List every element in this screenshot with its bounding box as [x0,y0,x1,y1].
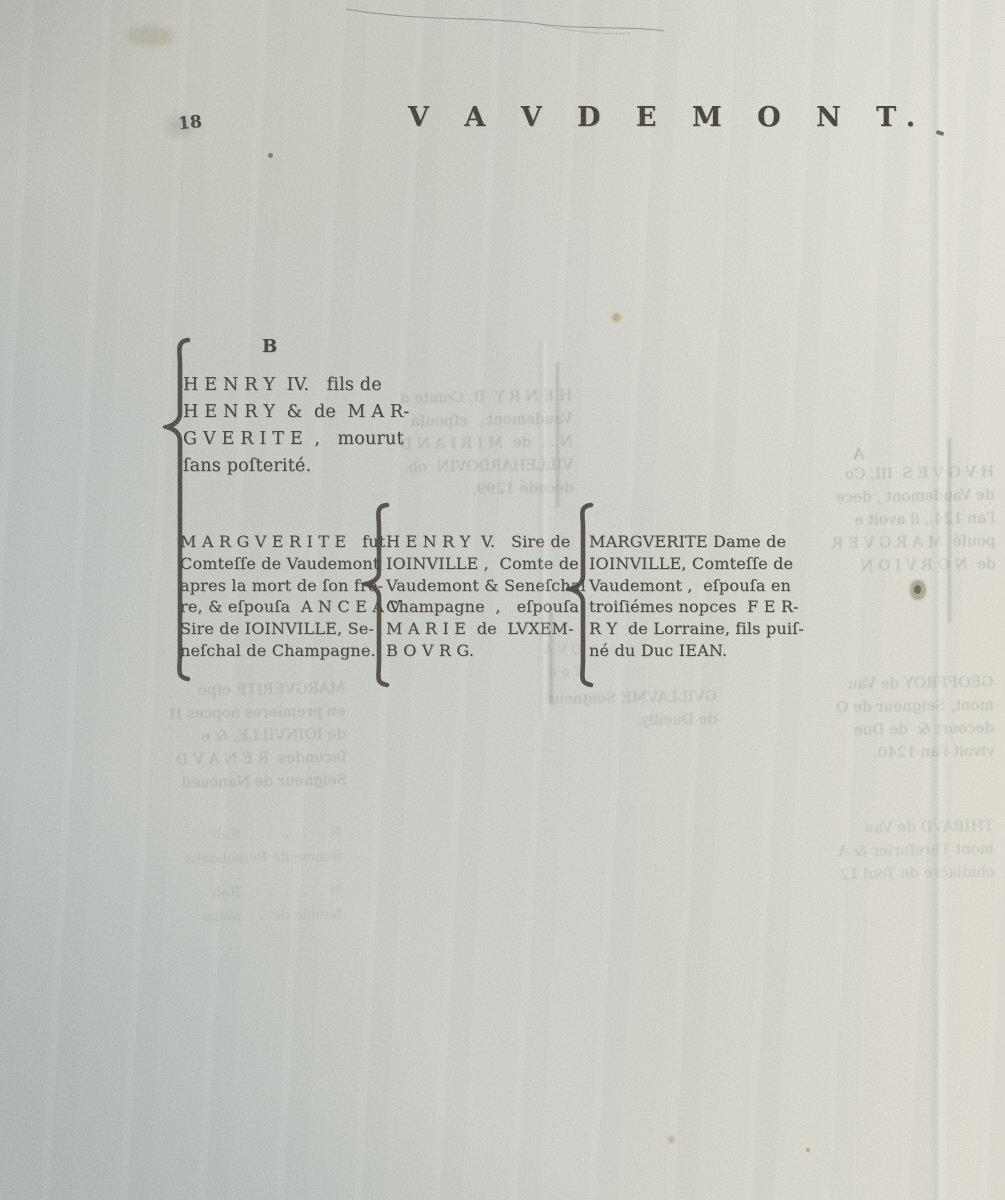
showthrough-rule [948,438,951,623]
text-line: vivoit l'an 1240. [822,739,994,765]
text-line: en premieres nopces H [187,700,345,726]
showthrough-section-label-a: A [853,444,865,463]
showthrough-block-n-rab-1: N . . . . . Rabfemme de Remondans [192,821,343,872]
text-line: H E N R Y & de M A R- [183,399,373,426]
text-line: N . . . . . Rab [192,879,342,906]
text-line: H E N R Y V. Sire de [386,531,571,553]
showthrough-block-thibaud: THIBAVD de Vaumont Threſorier & Achidiac… [821,815,994,887]
text-line: de N O R V I O N [821,552,996,578]
text-line: M A R I E de LVXEM- [386,618,571,640]
text-line: G V E R I T E , mourut [183,426,373,453]
text-line: neſchal de Champagne. [180,640,370,662]
section-label-b: B [262,336,277,357]
page-number: 18 [177,112,203,134]
stain-blotch-right [910,580,926,600]
text-line: MARGVERITE Dame de [589,531,801,553]
text-block-marguerite: M A R G V E R I T E futComteſſe de Vaude… [180,531,370,662]
text-line: mont, Seigneur de O [822,694,994,720]
text-line: mont Threſorier & A [822,838,994,864]
showthrough-rule [556,362,559,507]
stain-speck [806,1148,810,1152]
text-line: femme de . . mons [192,903,342,930]
stain-bottom-dot [668,1136,675,1143]
showthrough-block-n-rab-2: N . . . . . Rabfemme de . . mons [192,879,343,930]
text-line: THIBAVD de Vau [821,815,993,841]
text-line: de IOINVILLE, & e [188,723,346,749]
text-line: M A R G V E R I T E fut [180,531,370,553]
text-line: ſecondes R E N A V D [188,746,346,772]
text-line: Vaudemont & Seneſchal [386,575,571,597]
text-line: de Dueilly. [577,708,717,733]
text-line: R Y de Lorraine, fils puiſ- [589,618,801,640]
stain-yellow-dot [612,313,621,322]
text-line: apres la mort de ſon fre- [180,575,370,597]
photographed-book-page: A H E N R Y II. Comte dVaudemont , eſpou… [0,0,1005,1200]
text-block-henry-v: H E N R Y V. Sire deIOINVILLE , Comte de… [386,531,571,662]
text-line: Comteſſe de Vaudemont [180,553,370,575]
text-block-marguerite-dame: MARGVERITE Dame deIOINVILLE, Comteſſe de… [589,531,801,662]
text-line: Sire de IOINVILLE, Se- [180,618,370,640]
running-title: V A V D E M O N T. [408,102,928,133]
text-line: chidiacre de Toul 12 [822,860,994,886]
text-line: MARGVERITE eſpo [187,677,345,703]
text-line: N . . . . . Rab [192,821,342,848]
text-line: Champagne , eſpouſa [386,596,571,618]
text-line: H V G V E S III. Co [819,460,994,486]
text-line: Vaudemont , eſpouſa en [589,575,801,597]
text-line: decourt & de Due [822,716,994,742]
text-line: GVILLAVME Seigneur [577,685,717,710]
text-line: ſans poſterité. [183,453,373,480]
vertical-fold-crease-right [928,0,948,1200]
text-line: B O V R G. [386,640,571,662]
text-line: l'an 124., il avoit e [820,506,995,532]
text-line: troiſiémes nopces F E R- [589,596,801,618]
showthrough-block-marguerite-espousa: MARGVERITE eſpoen premieres nopces Hde I… [187,677,347,795]
showthrough-block-geoffroy: GEOFFROY de Vaumont, Seigneur de Odecour… [821,671,995,766]
showthrough-block-guillaume: GVILLAVME Seigneurde Dueilly. [577,685,718,733]
text-line: pouſé M A R G V E R [820,529,995,555]
stain-blotch-core [914,585,921,594]
text-line: de Vaudemont , dece [819,483,994,509]
text-line: re, & eſpouſa A N C E A V [180,596,370,618]
text-line: H E N R Y IV. fils de [183,372,373,399]
ink-speck [268,153,273,158]
text-line: Seigneur de Nancueil. [189,769,347,795]
paper-crack-line [0,0,1005,60]
ink-speck [936,130,945,136]
showthrough-block-hugues-iii: H V G V E S III. Code Vaudemont , decel'… [819,460,996,578]
text-line: GEOFFROY de Vau [821,671,993,697]
text-line: IOINVILLE , Comte de [386,553,571,575]
text-line: décedé 1299. [369,476,574,503]
text-line: IOINVILLE, Comteſſe de [589,553,801,575]
text-line: né du Duc IEAN. [589,640,801,662]
text-block-henry-iv: H E N R Y IV. fils deH E N R Y & de M A … [183,372,373,480]
text-line: femme de Remondans [192,845,342,872]
